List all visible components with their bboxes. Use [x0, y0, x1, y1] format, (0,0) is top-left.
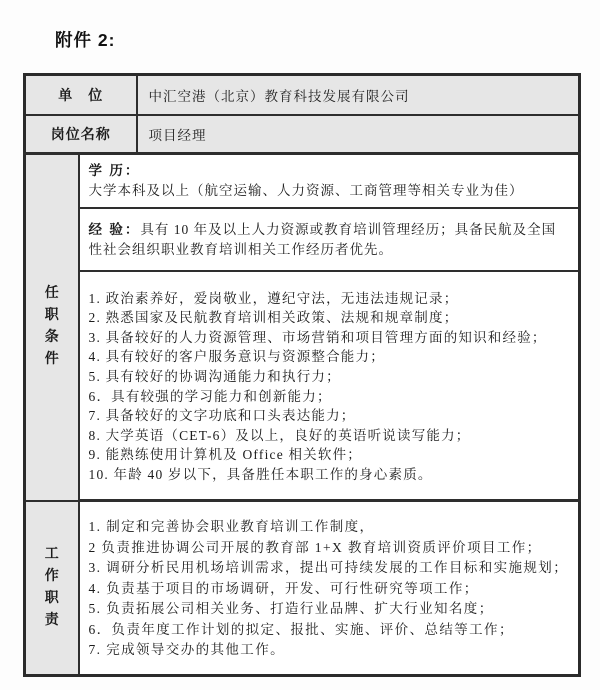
duties-label-char: 职 [26, 588, 78, 610]
list-item: 10. 年龄 40 岁以下，具备胜任本职工作的身心素质。 [89, 465, 573, 485]
list-item: 2 负责推进协调公司开展的教育部 1+X 教育培训资质评价项目工作； [89, 538, 573, 559]
duties-label-char: 作 [26, 566, 78, 588]
education-text: 大学本科及以上（航空运输、人力资源、工商管理等相关专业为佳） [89, 183, 524, 198]
list-item: 5. 具有较好的协调沟通能力和执行力； [89, 367, 573, 387]
education-cell: 学 历：大学本科及以上（航空运输、人力资源、工商管理等相关专业为佳） [79, 154, 580, 209]
duties-label-char: 责 [26, 610, 78, 632]
qualifications-label-char: 件 [26, 349, 78, 371]
unit-label-cell: 单 位 [25, 75, 137, 116]
education-label: 学 历： [89, 163, 141, 178]
list-item: 1. 制定和完善协会职业教育培训工作制度， [89, 517, 573, 538]
attachment-label: 附件 2: [55, 27, 115, 52]
duties-header-cell: 工 作 职 责 [25, 501, 79, 676]
qualifications-label-char: 任 [26, 283, 78, 305]
unit-value-cell: 中汇空港（北京）教育科技发展有限公司 [137, 75, 580, 116]
job-description-table: 单 位 中汇空港（北京）教育科技发展有限公司 岗位名称 项目经理 任 职 条 件… [23, 73, 581, 677]
qualifications-header-cell: 任 职 条 件 [25, 154, 79, 501]
list-item: 6．负责年度工作计划的拟定、报批、实施、评价、总结等工作； [89, 620, 573, 641]
list-item: 7. 具备较好的文字功底和口头表达能力； [89, 406, 573, 426]
list-item: 9. 能熟练使用计算机及 Office 相关软件； [89, 445, 573, 465]
list-item: 4. 具有较好的客户服务意识与资源整合能力； [89, 347, 573, 367]
qualifications-list-cell: 1. 政治素养好，爱岗敬业，遵纪守法，无违法违规记录； 2. 熟悉国家及民航教育… [79, 271, 580, 501]
experience-label: 经 验： [89, 222, 141, 237]
duties-label-char: 工 [26, 544, 78, 566]
table-row: 1. 政治素养好，爱岗敬业，遵纪守法，无违法违规记录； 2. 熟悉国家及民航教育… [25, 271, 580, 501]
list-item: 7. 完成领导交办的其他工作。 [89, 640, 573, 661]
table-row: 工 作 职 责 1. 制定和完善协会职业教育培训工作制度， 2 负责推进协调公司… [25, 501, 580, 676]
duties-list-cell: 1. 制定和完善协会职业教育培训工作制度， 2 负责推进协调公司开展的教育部 1… [79, 501, 580, 676]
list-item: 6．具有较强的学习能力和创新能力； [89, 387, 573, 407]
position-value-cell: 项目经理 [137, 115, 580, 154]
list-item: 3. 具备较好的人力资源管理、市场营销和项目管理方面的知识和经验； [89, 328, 573, 348]
list-item: 5. 负责拓展公司相关业务、打造行业品牌、扩大行业知名度； [89, 599, 573, 620]
list-item: 2. 熟悉国家及民航教育培训相关政策、法规和规章制度； [89, 308, 573, 328]
list-item: 8. 大学英语（CET-6）及以上，良好的英语听说读写能力； [89, 426, 573, 446]
table-row: 单 位 中汇空港（北京）教育科技发展有限公司 [25, 75, 580, 116]
position-label-cell: 岗位名称 [25, 115, 137, 154]
list-item: 4. 负责基于项目的市场调研，开发、可行性研究等项工作； [89, 579, 573, 600]
table-row: 任 职 条 件 学 历：大学本科及以上（航空运输、人力资源、工商管理等相关专业为… [25, 154, 580, 209]
experience-cell: 经 验：具有 10 年及以上人力资源或教育培训管理经历；具备民航及全国性社会组织… [79, 208, 580, 271]
table-row: 岗位名称 项目经理 [25, 115, 580, 154]
table-row: 经 验：具有 10 年及以上人力资源或教育培训管理经历；具备民航及全国性社会组织… [25, 208, 580, 271]
list-item: 1. 政治素养好，爱岗敬业，遵纪守法，无违法违规记录； [89, 289, 573, 309]
qualifications-label-char: 条 [26, 327, 78, 349]
list-item: 3. 调研分析民用机场培训需求，提出可持续发展的工作目标和实施规划； [89, 558, 573, 579]
qualifications-label-char: 职 [26, 305, 78, 327]
experience-text: 具有 10 年及以上人力资源或教育培训管理经历；具备民航及全国性社会组织职业教育… [89, 222, 557, 257]
